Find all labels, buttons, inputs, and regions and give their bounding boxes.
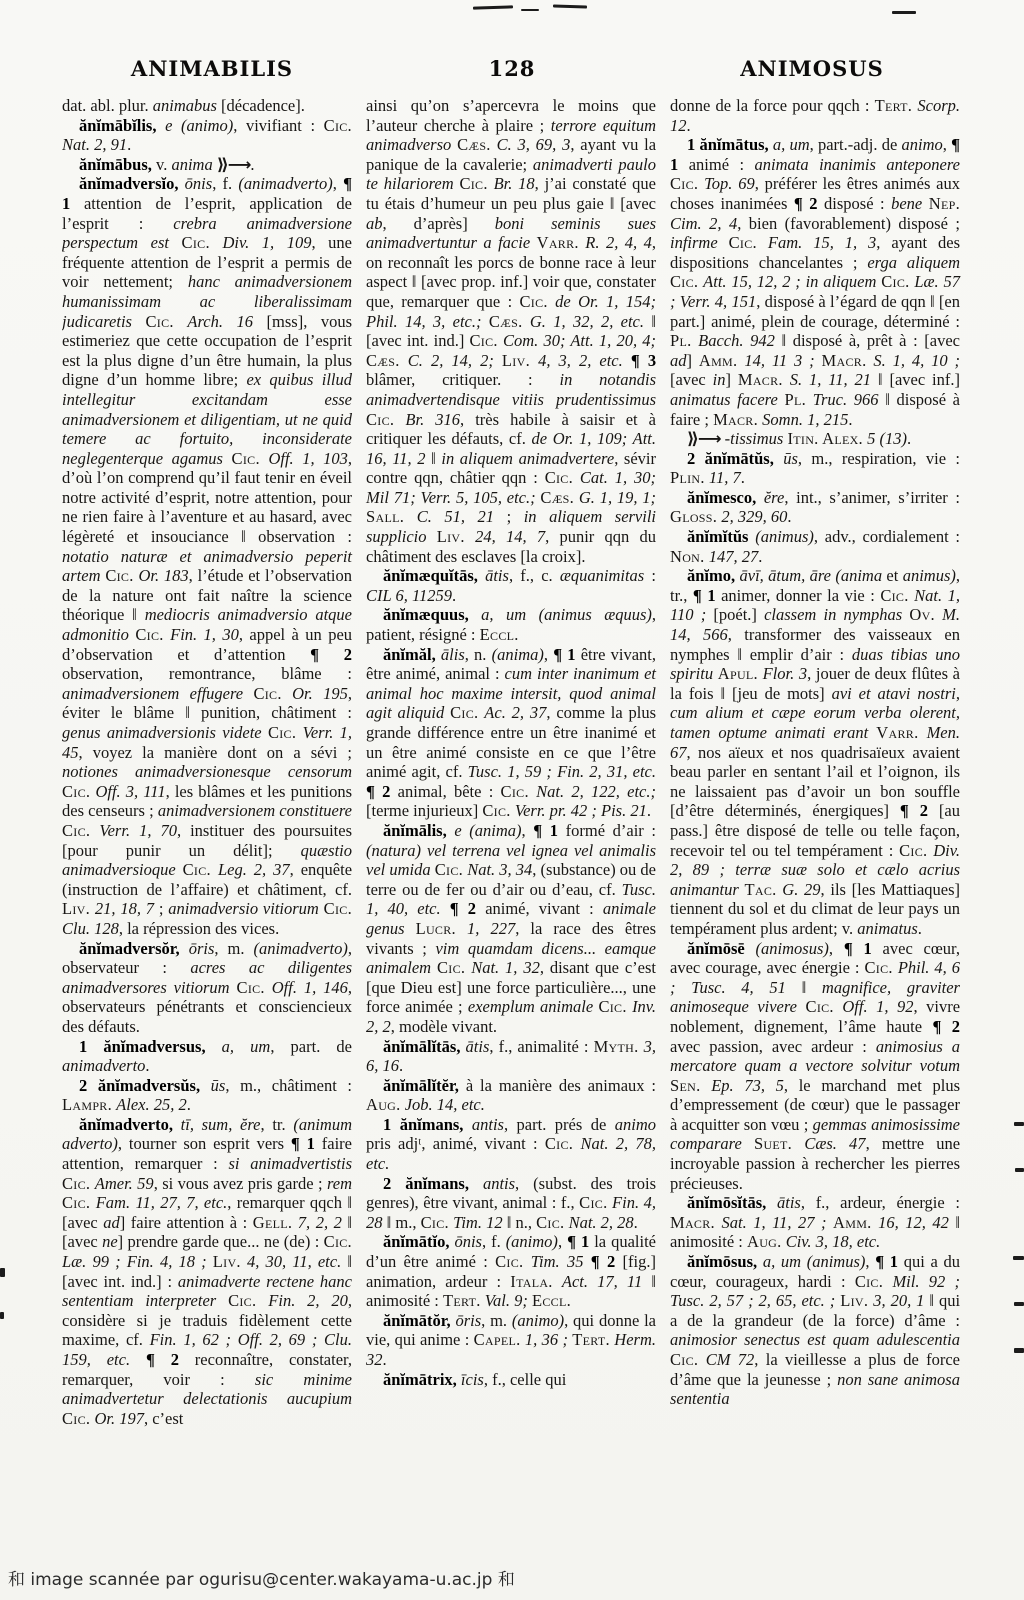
latin-text: Ep. 73, 5 bbox=[711, 1076, 784, 1095]
author-ref: Cic. bbox=[232, 449, 260, 468]
latin-text: Nat. 1, 32 bbox=[471, 958, 540, 977]
headword: ănĭmadversŏr, bbox=[79, 939, 180, 958]
latin-text: 7, 2, 2 bbox=[298, 1213, 342, 1232]
entry-paragraph: ănĭmōsus, a, um (animus), ¶ 1 qui a du c… bbox=[670, 1252, 960, 1409]
text-run bbox=[573, 468, 580, 487]
text-run: . bbox=[787, 507, 791, 526]
headword: ănĭmo, bbox=[687, 566, 735, 585]
text-run: donne de la force pour qqch : bbox=[670, 96, 875, 115]
latin-text: (animosus) bbox=[756, 939, 829, 958]
latin-text: ad bbox=[103, 1213, 120, 1232]
text-run bbox=[210, 233, 223, 252]
latin-text: īcis bbox=[457, 1370, 484, 1389]
latin-text: Civ. 3, 18, etc. bbox=[786, 1232, 881, 1251]
latin-text: Off. 1, 146 bbox=[272, 978, 348, 997]
author-ref: Cic. bbox=[135, 625, 163, 644]
latin-text: Verr. pr. 42 ; Pis. 21 bbox=[515, 801, 647, 820]
text-run: , f., ardeur, énergie : bbox=[801, 1193, 960, 1212]
text-run: à la manière des animaux : bbox=[459, 1076, 656, 1095]
latin-text: Verr. 1, 70 bbox=[99, 821, 177, 840]
text-run: , part. prés de bbox=[504, 1115, 615, 1134]
headword: ănĭmesco, bbox=[687, 488, 756, 507]
author-ref: Liv. bbox=[62, 899, 90, 918]
scan-artifact bbox=[0, 1268, 5, 1277]
author-ref: Lucr. bbox=[416, 919, 456, 938]
text-run: ‖ bbox=[426, 449, 442, 468]
headword: ¶ 2 bbox=[932, 1017, 960, 1036]
entry-paragraph: ănĭmæquĭtās, ātis, f., c. æquanimitas : … bbox=[366, 566, 656, 605]
entry-paragraph: 2 ănĭmadversŭs, ūs, m., châtiment : Lamp… bbox=[62, 1076, 352, 1115]
latin-text: bene bbox=[891, 194, 922, 213]
author-ref: Itin. Alex. bbox=[787, 429, 863, 448]
text-run bbox=[169, 233, 182, 252]
author-ref: Liv. bbox=[840, 1291, 868, 1310]
author-ref: Gell. bbox=[253, 1213, 293, 1232]
latin-text: Clu. 128 bbox=[62, 919, 119, 938]
scanned-dictionary-page: ANIMABILIS 128 ANIMOSUS dat. abl. plur. … bbox=[0, 0, 1024, 1600]
author-ref: Sall. bbox=[366, 507, 404, 526]
text-run: , bbox=[558, 1232, 567, 1251]
text-run: ; bbox=[494, 507, 524, 526]
latin-text: Somn. 1, 215 bbox=[762, 410, 848, 429]
text-run: ‖ [avec inf.] bbox=[871, 370, 960, 389]
author-ref: Nep. bbox=[929, 194, 960, 213]
author-ref: Apul. bbox=[718, 664, 758, 683]
text-run bbox=[174, 312, 188, 331]
headword: ănĭmōsē bbox=[687, 939, 745, 958]
text-run: , bien (favorablement) disposé ; bbox=[737, 214, 960, 233]
author-ref: Cic. bbox=[237, 978, 265, 997]
text-run bbox=[265, 978, 272, 997]
text-run: , n. bbox=[465, 645, 492, 664]
text-run bbox=[456, 919, 467, 938]
text-run bbox=[223, 449, 232, 468]
headword: ¶ 3 bbox=[631, 351, 656, 370]
text-run: , int., s’animer, s’irriter : bbox=[784, 488, 960, 507]
text-run: , m. bbox=[481, 1311, 512, 1330]
author-ref: Sen. bbox=[670, 1076, 701, 1095]
text-run: . bbox=[634, 1213, 638, 1232]
author-ref: Aug. bbox=[747, 1232, 782, 1251]
latin-text: Fin. 1, 30 bbox=[170, 625, 239, 644]
text-run: pris adjᵗ, animé, vivant : bbox=[366, 1134, 545, 1153]
author-ref: Cic. bbox=[182, 233, 210, 252]
headword: ănĭmadverto, bbox=[79, 1115, 173, 1134]
headword: ănĭmĭtŭs bbox=[687, 527, 748, 546]
text-run: . bbox=[145, 1056, 149, 1075]
author-ref: Macr. bbox=[713, 410, 758, 429]
author-ref: Cic. bbox=[469, 331, 497, 350]
latin-text: (anima) bbox=[492, 645, 544, 664]
author-ref: Cic. bbox=[253, 684, 281, 703]
scan-artifact bbox=[553, 4, 587, 8]
latin-text: Com. 30; Att. 1, 20, 4; bbox=[503, 331, 656, 350]
text-run: , m., respiration, vie : bbox=[798, 449, 960, 468]
author-ref: Cic. bbox=[183, 860, 211, 879]
author-ref: Cic. bbox=[437, 958, 465, 977]
author-ref: Cic. bbox=[881, 272, 909, 291]
latin-text: Fam. 11, 27, 7, etc. bbox=[96, 1193, 228, 1212]
scan-artifact bbox=[1014, 1122, 1024, 1126]
entry-paragraph: ănĭmæquus, a, um (animus æquus), patient… bbox=[366, 605, 656, 644]
text-run: [poét.] bbox=[706, 605, 764, 624]
headword: ¶ 1 bbox=[875, 1252, 898, 1271]
text-run bbox=[718, 233, 729, 252]
latin-text: Alex. 25, 2 bbox=[116, 1095, 187, 1114]
author-ref: Cic. bbox=[324, 116, 352, 135]
headword: ¶ 1 bbox=[291, 1134, 315, 1153]
latin-text: Tim. 12 bbox=[453, 1213, 503, 1232]
latin-text: classem in nymphas bbox=[764, 605, 902, 624]
entry-paragraph: dat. abl. plur. animabus [décadence]. bbox=[62, 96, 352, 116]
author-ref: Cic. bbox=[324, 899, 352, 918]
text-run: v. bbox=[152, 155, 172, 174]
author-ref: Cic. bbox=[105, 566, 133, 585]
latin-text: S. 1, 4, 10 ; bbox=[873, 351, 960, 370]
author-ref: Capel. bbox=[474, 1330, 521, 1349]
headword: ănĭmōsus, bbox=[687, 1252, 757, 1271]
text-run: ‖ bbox=[786, 978, 822, 997]
latin-text: ĕre bbox=[756, 488, 784, 507]
author-ref: Tac. bbox=[744, 880, 776, 899]
headword: ¶ 2 bbox=[146, 1350, 179, 1369]
headword: ănĭmālĭtās, bbox=[383, 1037, 460, 1056]
author-ref: Myth. bbox=[594, 1037, 639, 1056]
author-ref: Itala. bbox=[510, 1272, 552, 1291]
headword: ¶ 2 bbox=[591, 1252, 615, 1271]
author-ref: Non. bbox=[670, 547, 705, 566]
author-ref: Cic. bbox=[62, 1193, 90, 1212]
text-run: avec passion, avec ardeur : bbox=[670, 1037, 876, 1056]
text-run: . bbox=[127, 135, 131, 154]
entry-paragraph: ănĭmālĭtĕr, à la manière des animaux : A… bbox=[366, 1076, 656, 1115]
text-run bbox=[243, 684, 253, 703]
headword: ănĭmæquus, bbox=[383, 605, 469, 624]
latin-text: genus animadversionis videte bbox=[62, 723, 262, 742]
headword: ănĭmātrix, bbox=[383, 1370, 457, 1389]
text-run: , f. bbox=[212, 174, 238, 193]
text-run bbox=[553, 1272, 562, 1291]
scan-artifact bbox=[1013, 1256, 1024, 1260]
author-ref: Cic. bbox=[536, 1213, 564, 1232]
author-ref: Liv. bbox=[502, 351, 530, 370]
latin-text: Cim. 2, 4 bbox=[670, 214, 737, 233]
latin-text: ūs bbox=[774, 449, 798, 468]
latin-text: Nat. 3, 34 bbox=[467, 860, 532, 879]
latin-text: ātis bbox=[478, 566, 509, 585]
author-ref: Pl. bbox=[784, 390, 806, 409]
text-run: [décadence]. bbox=[217, 96, 305, 115]
text-run bbox=[256, 1291, 268, 1310]
text-run: ] faire attention à : bbox=[120, 1213, 253, 1232]
text-run bbox=[465, 527, 475, 546]
headword: ănĭmăl, bbox=[383, 645, 436, 664]
headword: ănĭmātĭo, bbox=[383, 1232, 449, 1251]
latin-text: Off. 3, 111 bbox=[95, 782, 165, 801]
headword: 2 ănĭmātŭs, bbox=[687, 449, 774, 468]
latin-text: æquanimitas bbox=[560, 566, 644, 585]
latin-text: a, um (animus) bbox=[757, 1252, 865, 1271]
text-run: , bbox=[865, 1252, 875, 1271]
entry-paragraph: ănĭmĭtŭs (animus), adv., cordialement : … bbox=[670, 527, 960, 566]
latin-text: rem bbox=[327, 1174, 352, 1193]
headword: ¶ 1 bbox=[553, 645, 575, 664]
see-arrow-icon: ⟫⟶ bbox=[687, 429, 721, 448]
latin-text: (animus) bbox=[755, 527, 814, 546]
latin-text: Amer. 59 bbox=[95, 1174, 154, 1193]
entry-paragraph: 2 ănĭmātŭs, ūs, m., respiration, vie : P… bbox=[670, 449, 960, 488]
latin-text: a, um (animus æquus) bbox=[469, 605, 652, 624]
latin-text: 21, 18, 7 bbox=[95, 899, 154, 918]
latin-text: Sat. 1, 11, 27 ; bbox=[722, 1213, 827, 1232]
author-ref: Cic. bbox=[729, 233, 757, 252]
headword: ¶ 1 bbox=[567, 1232, 589, 1251]
headword: 1 ănĭmadversus, bbox=[79, 1037, 206, 1056]
entry-paragraph: ănĭmesco, ĕre, int., s’animer, s’irriter… bbox=[670, 488, 960, 527]
text-run bbox=[130, 1350, 146, 1369]
entry-paragraph: ănĭmābĭlis, e (animo), vivifiant : Cic. … bbox=[62, 116, 352, 155]
latin-text: animo bbox=[615, 1115, 656, 1134]
entry-paragraph: ănĭmābus, v. anima ⟫⟶. bbox=[62, 155, 352, 175]
author-ref: Cic. bbox=[880, 586, 908, 605]
latin-text: 14, 11 3 ; bbox=[744, 351, 814, 370]
latin-text: antis bbox=[469, 1174, 515, 1193]
latin-text: G. 29 bbox=[782, 880, 820, 899]
latin-text: ōris bbox=[180, 939, 215, 958]
entry-paragraph: donne de la force pour qqch : Tert. Scor… bbox=[670, 96, 960, 135]
text-run: . bbox=[383, 1350, 387, 1369]
latin-text: notiones animadversionesque censorum bbox=[62, 762, 352, 781]
author-ref: Tert. bbox=[443, 1291, 481, 1310]
author-ref: Cic. bbox=[435, 860, 463, 879]
latin-text: tī, sum, ĕre bbox=[173, 1115, 261, 1134]
dictionary-column-2: ainsi qu’on s’apercevra le moins que l’a… bbox=[366, 96, 656, 1558]
headword: ănĭmōsĭtās, bbox=[687, 1193, 766, 1212]
latin-text: 16, 12, 42 bbox=[878, 1213, 949, 1232]
text-run: , m., châtiment : bbox=[225, 1076, 352, 1095]
author-ref: Cæs. bbox=[540, 488, 574, 507]
text-run: , bbox=[544, 645, 553, 664]
text-run bbox=[230, 978, 237, 997]
latin-text: animadversionem effugere bbox=[62, 684, 243, 703]
text-run bbox=[216, 1291, 228, 1310]
author-ref: Amm. bbox=[699, 351, 738, 370]
text-run: ] prendre garde que... ne (de) : bbox=[118, 1232, 324, 1251]
author-ref: Cæs. bbox=[489, 312, 523, 331]
author-ref: Cic. bbox=[864, 958, 892, 977]
text-run: . bbox=[741, 468, 745, 487]
text-run bbox=[282, 684, 292, 703]
latin-text: Br. 316 bbox=[405, 410, 460, 429]
latin-text: 3, 20, 1 bbox=[873, 1291, 924, 1310]
author-ref: Cic. bbox=[670, 1350, 698, 1369]
entry-paragraph: ănĭmōsē (animosus), ¶ 1 avec cœur, avec … bbox=[670, 939, 960, 1194]
latin-text: 147, 27 bbox=[709, 547, 759, 566]
text-run bbox=[530, 351, 538, 370]
text-run bbox=[757, 233, 768, 252]
text-run bbox=[797, 997, 806, 1016]
latin-text: Br. 18 bbox=[494, 174, 535, 193]
latin-text: ātis bbox=[460, 1037, 489, 1056]
text-run bbox=[523, 1252, 530, 1271]
latin-text: ne bbox=[102, 1232, 118, 1251]
text-run bbox=[394, 410, 405, 429]
text-run: formé d’air : bbox=[558, 821, 656, 840]
text-run: ] bbox=[725, 370, 737, 389]
latin-text: (animadverto) bbox=[238, 174, 332, 193]
entry-paragraph: ănĭmātŏr, ōris, m. (animo), qui donne la… bbox=[366, 1311, 656, 1370]
latin-text: in aliquem bbox=[806, 272, 877, 291]
text-run: animer, donner la vie : bbox=[716, 586, 881, 605]
text-run: ] bbox=[687, 351, 699, 370]
text-run: [avec bbox=[670, 370, 713, 389]
author-ref: Cic. bbox=[62, 1409, 90, 1428]
latin-text: 4, 30, 11, etc. bbox=[247, 1252, 341, 1271]
text-run: et bbox=[882, 566, 903, 585]
text-run bbox=[523, 312, 530, 331]
entry-paragraph: ănĭmātĭo, ōnis, f. (animo), ¶ 1 la quali… bbox=[366, 1232, 656, 1310]
text-run: , bbox=[829, 939, 844, 958]
running-head-right: ANIMOSUS bbox=[662, 56, 962, 81]
scan-artifact bbox=[1014, 1348, 1024, 1353]
text-run bbox=[623, 351, 631, 370]
headword: 1 ănĭmātus, bbox=[687, 135, 769, 154]
text-run bbox=[211, 860, 218, 879]
latin-text: 5 (13) bbox=[867, 429, 907, 448]
text-run bbox=[404, 507, 417, 526]
latin-text: (animo) bbox=[506, 1232, 558, 1251]
latin-text: Læ. 99 ; Fin. 4, 18 ; bbox=[62, 1252, 207, 1271]
text-run bbox=[919, 723, 927, 742]
entry-paragraph: ănĭmadverto, tī, sum, ĕre, tr. (animum a… bbox=[62, 1115, 352, 1429]
text-run bbox=[742, 1134, 754, 1153]
dictionary-column-1: dat. abl. plur. animabus [décadence].ănĭ… bbox=[62, 96, 352, 1558]
author-ref: Cic. bbox=[450, 703, 478, 722]
latin-text: Or. 195 bbox=[292, 684, 348, 703]
headword: ănĭmābus, bbox=[79, 155, 152, 174]
latin-text: animatus bbox=[857, 919, 918, 938]
text-run bbox=[701, 1076, 712, 1095]
latin-text: ōris bbox=[451, 1311, 481, 1330]
text-run: ; bbox=[154, 899, 168, 918]
latin-text: Cæs. 47 bbox=[804, 1134, 865, 1153]
latin-text: infirme bbox=[670, 233, 718, 252]
text-run: animé, vivant : bbox=[476, 899, 603, 918]
headword: ¶ 2 bbox=[366, 782, 390, 801]
latin-text: Truc. 966 bbox=[813, 390, 879, 409]
author-ref: Eccl. bbox=[480, 625, 519, 644]
text-run: . bbox=[758, 547, 762, 566]
text-run: . bbox=[647, 801, 651, 820]
text-run: animé : bbox=[678, 155, 754, 174]
entry-paragraph: 1 ănĭmadversus, a, um, part. de animadve… bbox=[62, 1037, 352, 1076]
author-ref: Cic. bbox=[501, 782, 529, 801]
entry-paragraph: ainsi qu’on s’apercevra le moins que l’a… bbox=[366, 96, 656, 566]
entry-paragraph: ănĭmātrix, īcis, f., celle qui bbox=[366, 1370, 656, 1390]
latin-text: Flor. 3 bbox=[763, 664, 808, 683]
latin-text: Fin. 2, 20 bbox=[268, 1291, 348, 1310]
entry-paragraph: 1 ănĭmātus, a, um, part.-adj. de animo, … bbox=[670, 135, 960, 429]
entry-paragraph: ănĭmālis, e (anima), ¶ 1 formé d’air : (… bbox=[366, 821, 656, 1037]
author-ref: Tert. bbox=[875, 96, 913, 115]
latin-text: animosior senectus est quam adulescentia bbox=[670, 1330, 960, 1349]
latin-text: Arch. 16 bbox=[187, 312, 253, 331]
text-run: blâmer, critiquer. : bbox=[366, 370, 559, 389]
latin-text: Or. 183 bbox=[138, 566, 188, 585]
entry-paragraph: ănĭmadversĭo, ōnis, f. (animadverto), ¶ … bbox=[62, 174, 352, 938]
text-run bbox=[792, 1134, 804, 1153]
text-run: , modèle vivant. bbox=[391, 1017, 497, 1036]
latin-text: 11, 7 bbox=[709, 468, 741, 487]
latin-text: animatus facere bbox=[670, 390, 778, 409]
latin-text: animus) bbox=[903, 566, 956, 585]
author-ref: Tert. bbox=[572, 1330, 610, 1349]
author-ref: Gloss. bbox=[670, 507, 717, 526]
text-run bbox=[400, 351, 408, 370]
author-ref: Varr. bbox=[537, 233, 579, 252]
latin-text: animo bbox=[902, 135, 943, 154]
entry-paragraph: ănĭmo, āvī, ātum, āre (anima et animus),… bbox=[670, 566, 960, 938]
author-ref: Cic. bbox=[519, 292, 547, 311]
headword: ¶ 2 bbox=[310, 645, 352, 664]
headword: ¶ 1 bbox=[533, 821, 558, 840]
latin-text: ad bbox=[670, 351, 687, 370]
text-run: , si vous avez pris garde ; bbox=[154, 1174, 327, 1193]
entry-paragraph: ⟫⟶ -tissimus Itin. Alex. 5 (13). bbox=[670, 429, 960, 449]
author-ref: Cic. bbox=[545, 468, 573, 487]
text-run: dat. abl. plur. bbox=[62, 96, 153, 115]
running-head: ANIMABILIS 128 ANIMOSUS bbox=[62, 56, 962, 81]
latin-text: R. 2, 4, 4 bbox=[585, 233, 652, 252]
latin-text: Top. 69 bbox=[704, 174, 755, 193]
latin-text: Div. 1, 109 bbox=[222, 233, 311, 252]
text-run: ‖ n., bbox=[503, 1213, 537, 1232]
headword: ănĭmātŏr, bbox=[383, 1311, 451, 1330]
latin-text: CM 72 bbox=[706, 1350, 755, 1369]
latin-text: ab bbox=[366, 214, 383, 233]
latin-text: animadverto bbox=[62, 1056, 145, 1075]
latin-text: in bbox=[713, 370, 726, 389]
text-run: , f., celle qui bbox=[484, 1370, 566, 1389]
text-run: . bbox=[687, 116, 691, 135]
text-run: , part. de bbox=[270, 1037, 352, 1056]
text-run: observation, remontrance, blâme : bbox=[62, 664, 352, 683]
latin-text: Tim. 35 bbox=[531, 1252, 584, 1271]
headword: 1 ănĭmans, bbox=[383, 1115, 463, 1134]
latin-text: ōnis bbox=[178, 174, 212, 193]
text-run: , f., c. bbox=[509, 566, 560, 585]
scan-attribution: 和 image scannée par ogurisu@center.wakay… bbox=[8, 1565, 515, 1590]
page-number: 128 bbox=[362, 56, 662, 81]
author-ref: Cæs. bbox=[366, 351, 400, 370]
text-run bbox=[745, 939, 756, 958]
dictionary-column-3: donne de la force pour qqch : Tert. Scor… bbox=[670, 96, 960, 1558]
author-ref: Amm. bbox=[833, 1213, 872, 1232]
author-ref: Cic. bbox=[482, 801, 510, 820]
text-run bbox=[698, 1350, 705, 1369]
author-ref: Cic. bbox=[598, 997, 626, 1016]
latin-text: 1, 227 bbox=[467, 919, 515, 938]
entry-paragraph: ănĭmadversŏr, ōris, m. (animadverto), ob… bbox=[62, 939, 352, 1037]
latin-text: Fam. 15, 1, 3 bbox=[768, 233, 876, 252]
latin-text: CIL 6, 11259 bbox=[366, 586, 452, 605]
scan-artifact bbox=[521, 9, 539, 11]
latin-text: 1, 36 ; bbox=[525, 1330, 568, 1349]
latin-text: animadversionem constituere bbox=[158, 801, 352, 820]
text-run: , bbox=[522, 821, 534, 840]
text-run: , tr. bbox=[261, 1115, 294, 1134]
latin-text: C. 3, 69, 3 bbox=[497, 135, 571, 154]
